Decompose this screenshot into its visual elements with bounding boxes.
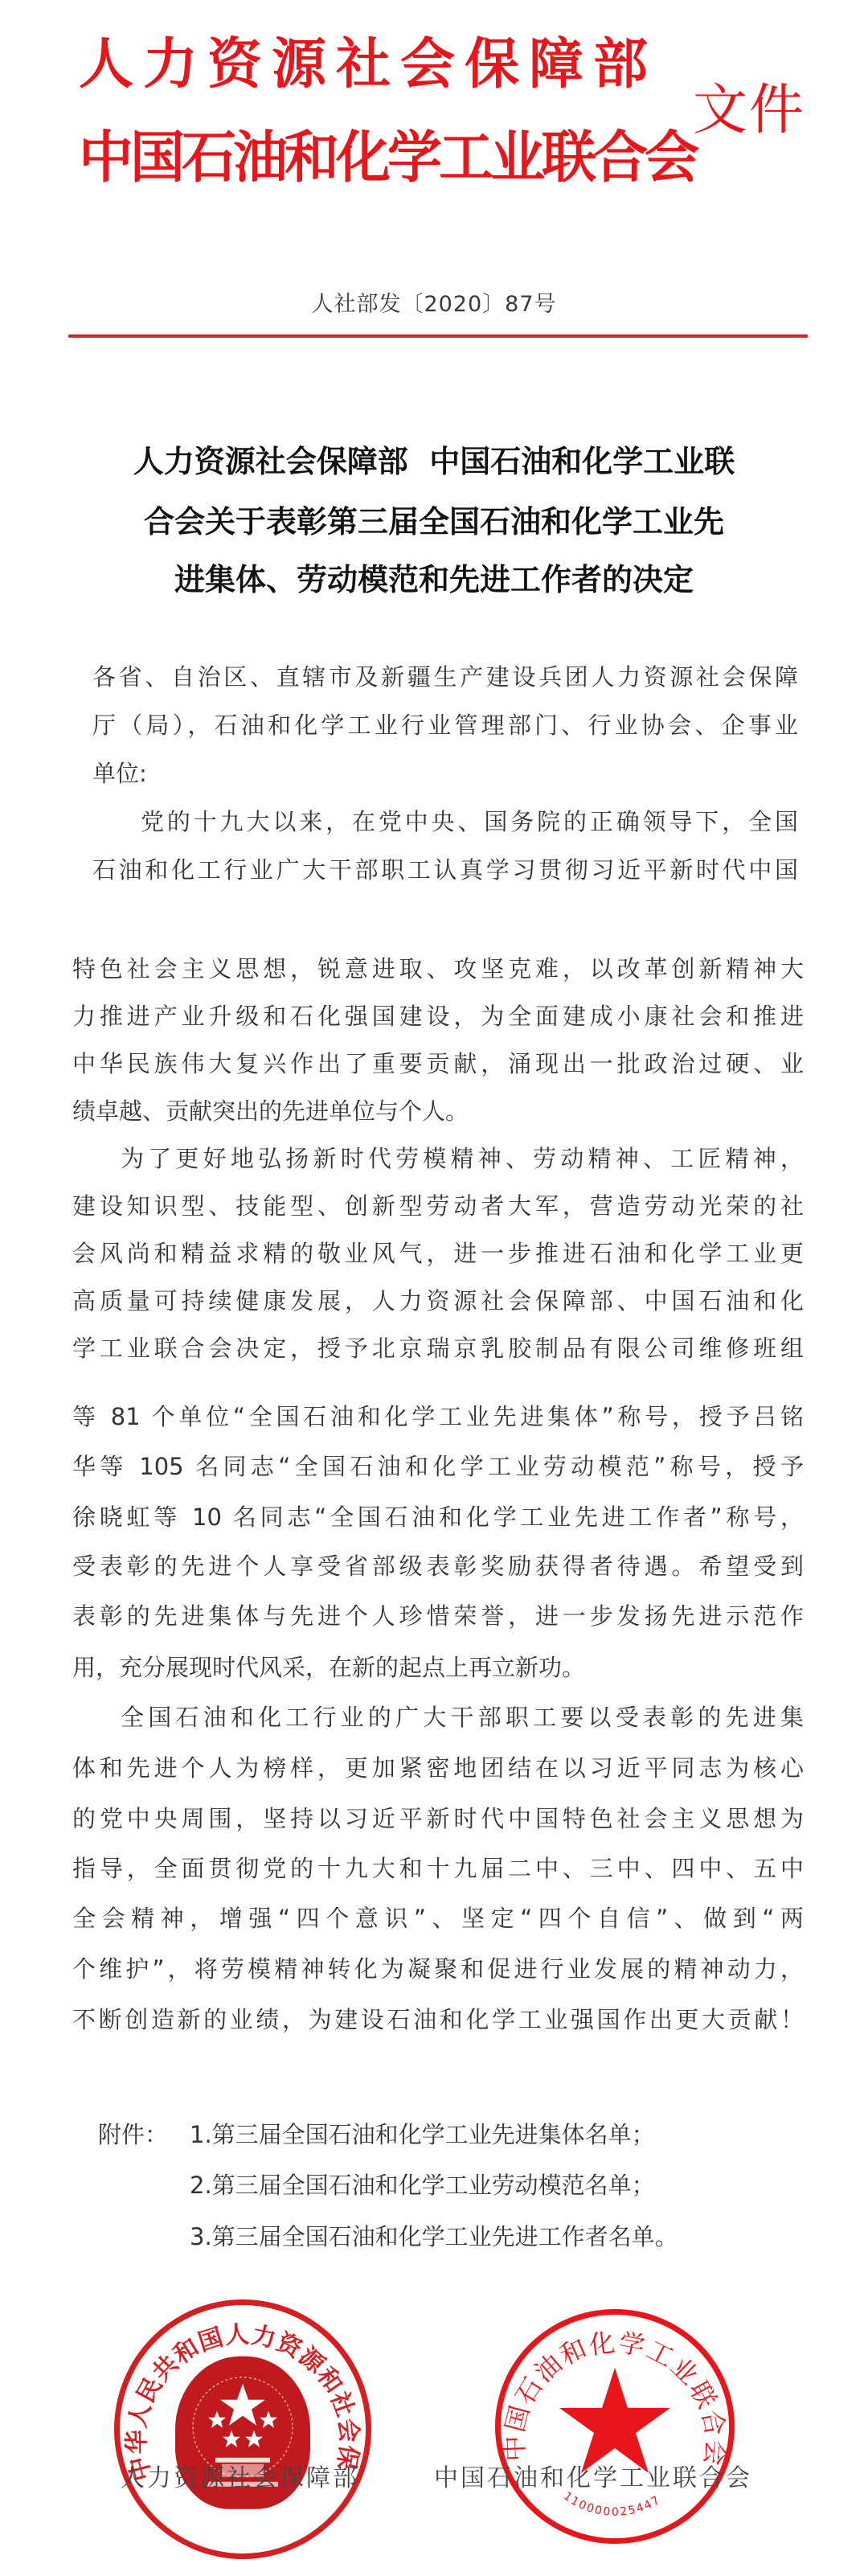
paragraph-2-line: 建设知识型、技能型、创新型劳动者大军，营造劳动光荣的社 [72, 1195, 804, 1218]
paragraph-2-line: 为了更好地弘扬新时代劳模精神、劳动精神、工匠精神， [72, 1147, 804, 1171]
paragraph-3-line: 不断创造新的业绩，为建设石油和化学工业强国作出更大贡献！ [72, 2008, 804, 2032]
paragraph-2-line: 华等 105 名同志“全国石油和化学工业劳动模范”称号，授予 [72, 1455, 804, 1479]
signature-federation: 中国石油和化学工业联合会 [434, 2467, 752, 2491]
letterhead-line-ministry: 人力资源社会保障部 [79, 37, 657, 92]
svg-text:110000025447: 110000025447 [561, 2490, 663, 2519]
paragraph-2-line: 学工业联合会决定，授予北京瑞京乳胶制品有限公司维修班组 [72, 1337, 804, 1360]
paragraph-2-line: 用，充分展现时代风采，在新的起点上再立新功。 [72, 1656, 804, 1680]
paragraph-3-line: 指导，全面贯彻党的十九大和十九届二中、三中、四中、五中 [72, 1857, 804, 1881]
document-title-line-2: 合会关于表彰第三届全国石油和化学工业先 [0, 507, 868, 537]
attachment-item: 3.第三届全国石油和化学工业先进工作者名单。 [190, 2225, 678, 2249]
attachment-item: 1.第三届全国石油和化学工业先进集体名单； [190, 2123, 655, 2147]
signature-ministry: 人力资源社会保障部 [121, 2467, 359, 2491]
paragraph-1-line: 党的十九大以来，在党中央、国务院的正确领导下，全国 [92, 810, 798, 834]
document-number: 人社部发〔2020〕87号 [0, 286, 868, 318]
red-divider-rule [68, 334, 808, 338]
paragraph-2-line: 会风尚和精益求精的敬业风气，进一步推进石油和化学工业更 [72, 1242, 804, 1265]
addressee-line: 单位: [92, 762, 798, 786]
paragraph-3-line: 个维护”，将劳模精神转化为凝聚和促进行业发展的精神动力， [72, 1958, 804, 1981]
addressee-line: 各省、自治区、直辖市及新疆生产建设兵团人力资源社会保障 [92, 666, 798, 689]
paragraph-1-line: 石油和化工行业广大干部职工认真学习贯彻习近平新时代中国 [92, 859, 798, 882]
paragraph-3-line: 体和先进个人为榜样，更加紧密地团结在以习近平同志为核心 [72, 1757, 804, 1780]
seal-ring-text: 中国石油和化学工业联合会 110000025447 [501, 2315, 729, 2538]
paragraph-2-line: 等 81 个单位“全国石油和化学工业先进集体”称号，授予吕铭 [72, 1405, 804, 1429]
document-title-line-1: 人力资源社会保障部 中国石油和化学工业联 [0, 446, 868, 477]
paragraph-2-line: 徐晓虹等 10 名同志“全国石油和化学工业先进工作者”称号， [72, 1506, 804, 1529]
paragraph-2-line: 表彰的先进集体与先进个人珍惜荣誉，进一步发扬先进示范作 [72, 1605, 804, 1628]
paragraph-3-line: 的党中央周围，坚持以习近平新时代中国特色社会主义思想为 [72, 1807, 804, 1831]
paragraph-3-line: 全会精神，增强“四个意识”、坚定“四个自信”、做到“两 [72, 1907, 804, 1930]
letterhead-suffix: 文件 [693, 84, 805, 138]
paragraph-2-line: 高质量可持续健康发展，人力资源社会保障部、中国石油和化 [72, 1290, 804, 1313]
document-title-line-3: 进集体、劳动模范和先进工作者的决定 [0, 564, 868, 595]
attachments-label: 附件： [98, 2123, 168, 2147]
star-icon [559, 2368, 670, 2473]
paragraph-3-line: 全国石油和化工行业的广大干部职工要以受表彰的先进集 [72, 1706, 804, 1729]
ministry-seal: 中华人民共和国人力资源和社会保障部 [114, 2299, 371, 2559]
attachment-item: 2.第三届全国石油和化学工业劳动模范名单； [190, 2174, 655, 2197]
paragraph-1-line: 特色社会主义思想，锐意进取、攻坚克难，以改革创新精神大 [72, 958, 804, 981]
federation-seal: 中国石油和化学工业联合会 110000025447 [495, 2309, 735, 2544]
paragraph-1-line: 力推进产业升级和石化强国建设，为全面建成小康社会和推进 [72, 1005, 804, 1028]
addressee-line: 厅（局），石油和化学工业行业管理部门、行业协会、企事业 [92, 714, 798, 737]
paragraph-1-line: 绩卓越、贡献突出的先进单位与个人。 [72, 1100, 804, 1123]
paragraph-1-line: 中华民族伟大复兴作出了重要贡献，涌现出一批政治过硬、业 [72, 1052, 804, 1076]
letterhead-line-federation: 中国石油和化学工业联合会 [79, 129, 696, 185]
paragraph-2-line: 受表彰的先进个人享受省部级表彰奖励获得者待遇。希望受到 [72, 1555, 804, 1578]
